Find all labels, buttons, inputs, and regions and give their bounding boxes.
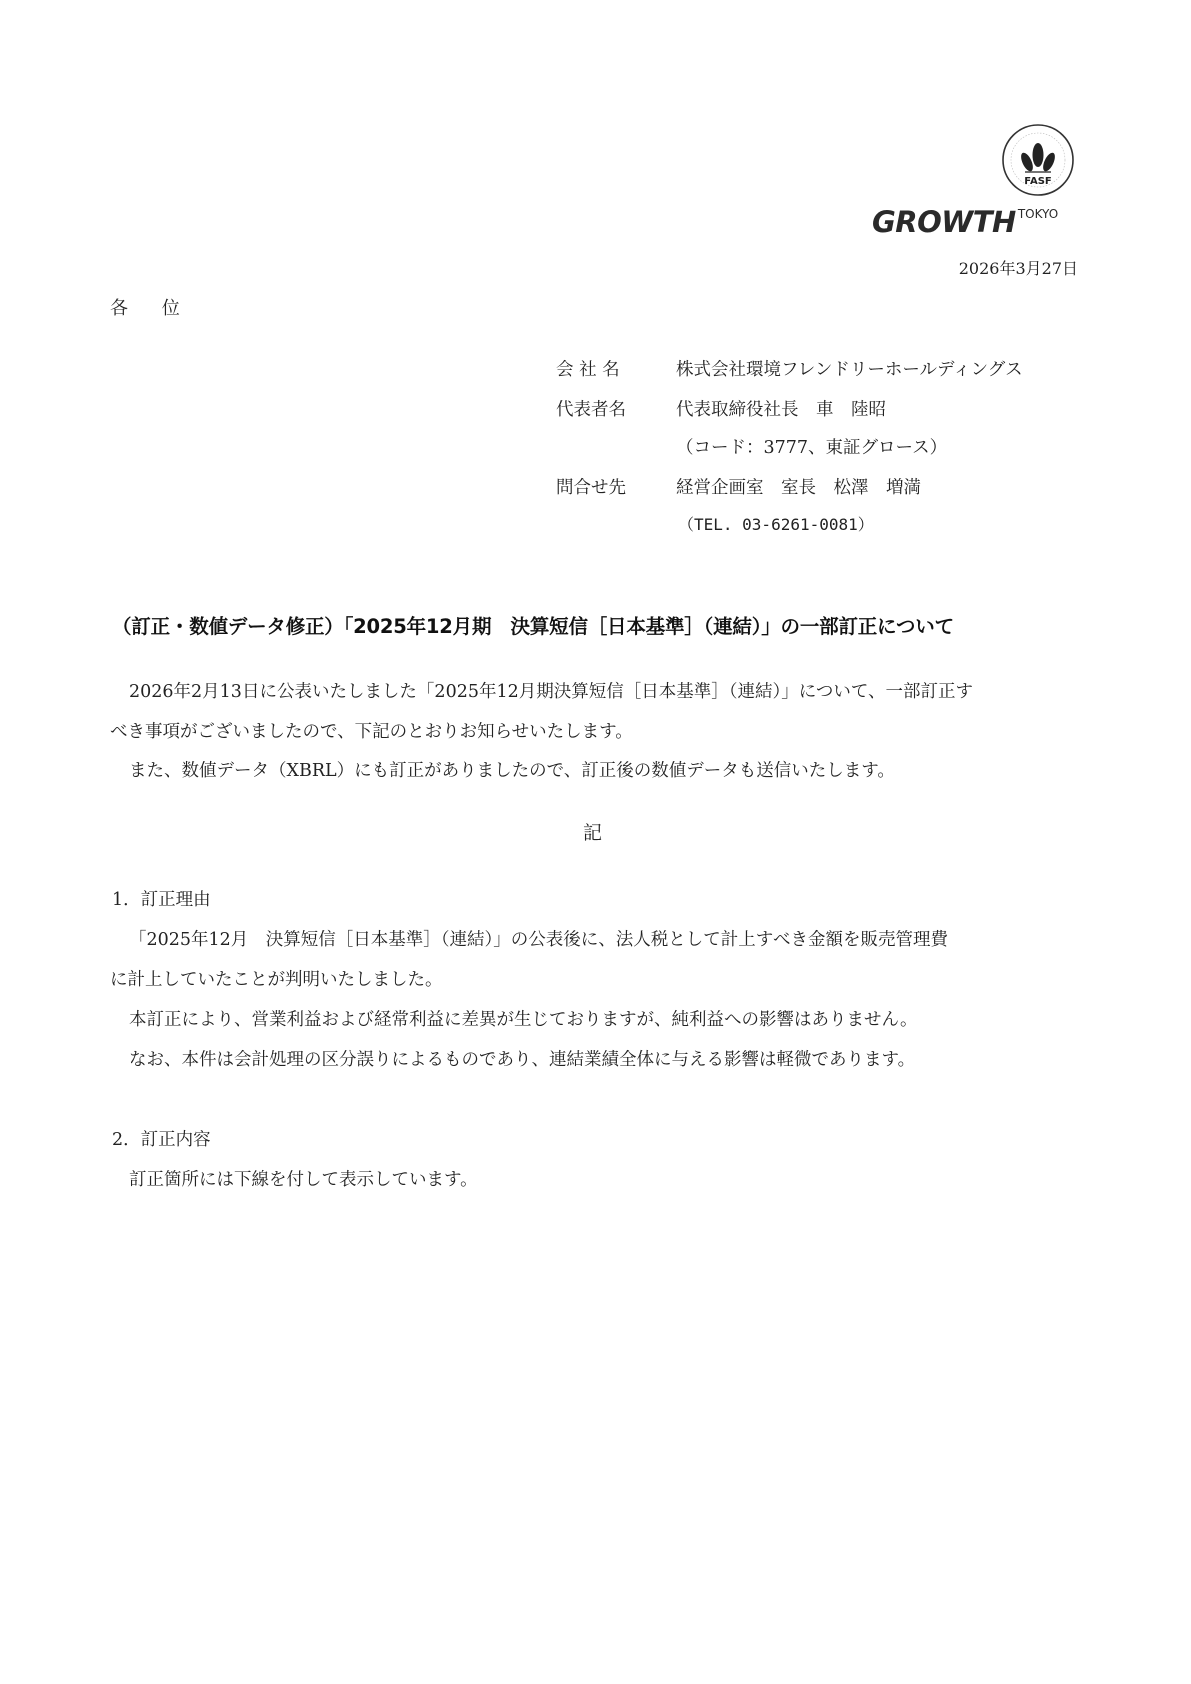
- company-name-value: 株式会社環境フレンドリーホールディングス: [676, 356, 1023, 381]
- stock-code: （コード：3777、東証グロース）: [676, 434, 947, 459]
- section-line: なお、本件は会計処理の区分誤りによるものであり、連結業績全体に与える影響は軽微で…: [129, 1046, 915, 1071]
- intro-line: べき事項がございましたので、下記のとおりお知らせいたします。: [110, 718, 633, 743]
- contact-phone: （TEL. 03-6261-0081）: [678, 512, 874, 535]
- growth-tokyo-logo: GROWTHTOKYO: [872, 205, 1058, 239]
- section-line: 「2025年12月 決算短信［日本基準］（連結）」の公表後に、法人税として計上す…: [129, 926, 948, 951]
- intro-line: また、数値データ（XBRL）にも訂正がありましたので、訂正後の数値データも送信い…: [129, 757, 895, 782]
- document-title: （訂正・数値データ修正）「2025年12月期 決算短信［日本基準］（連結）」の一…: [112, 611, 954, 639]
- fasf-certification-logo: FASF: [1000, 122, 1076, 198]
- intro-line: 2026年2月13日に公表いたしました「2025年12月期決算短信［日本基準］（…: [129, 678, 973, 703]
- representative-value: 代表取締役社長 車 陸昭: [676, 396, 886, 421]
- addressee: 各 位: [110, 294, 194, 320]
- section-line: に計上していたことが判明いたしました。: [110, 966, 443, 991]
- ki-heading: 記: [583, 818, 602, 845]
- company-name-label: 会 社 名: [556, 356, 620, 381]
- section-line: 訂正箇所には下線を付して表示しています。: [129, 1166, 478, 1191]
- section-heading: 2．訂正内容: [112, 1126, 211, 1151]
- growth-logo-text: GROWTH: [872, 205, 1016, 239]
- representative-label: 代表者名: [556, 396, 626, 421]
- tokyo-logo-text: TOKYO: [1018, 207, 1058, 221]
- contact-label: 問合せ先: [556, 474, 626, 499]
- svg-text:FASF: FASF: [1024, 176, 1051, 187]
- section-heading: 1．訂正理由: [112, 886, 211, 911]
- document-date: 2026年3月27日: [959, 256, 1078, 279]
- contact-value: 経営企画室 室長 松澤 増満: [676, 474, 921, 499]
- fasf-emblem-icon: FASF: [1000, 122, 1076, 198]
- section-line: 本訂正により、営業利益および経常利益に差異が生じておりますが、純利益への影響はあ…: [129, 1006, 918, 1031]
